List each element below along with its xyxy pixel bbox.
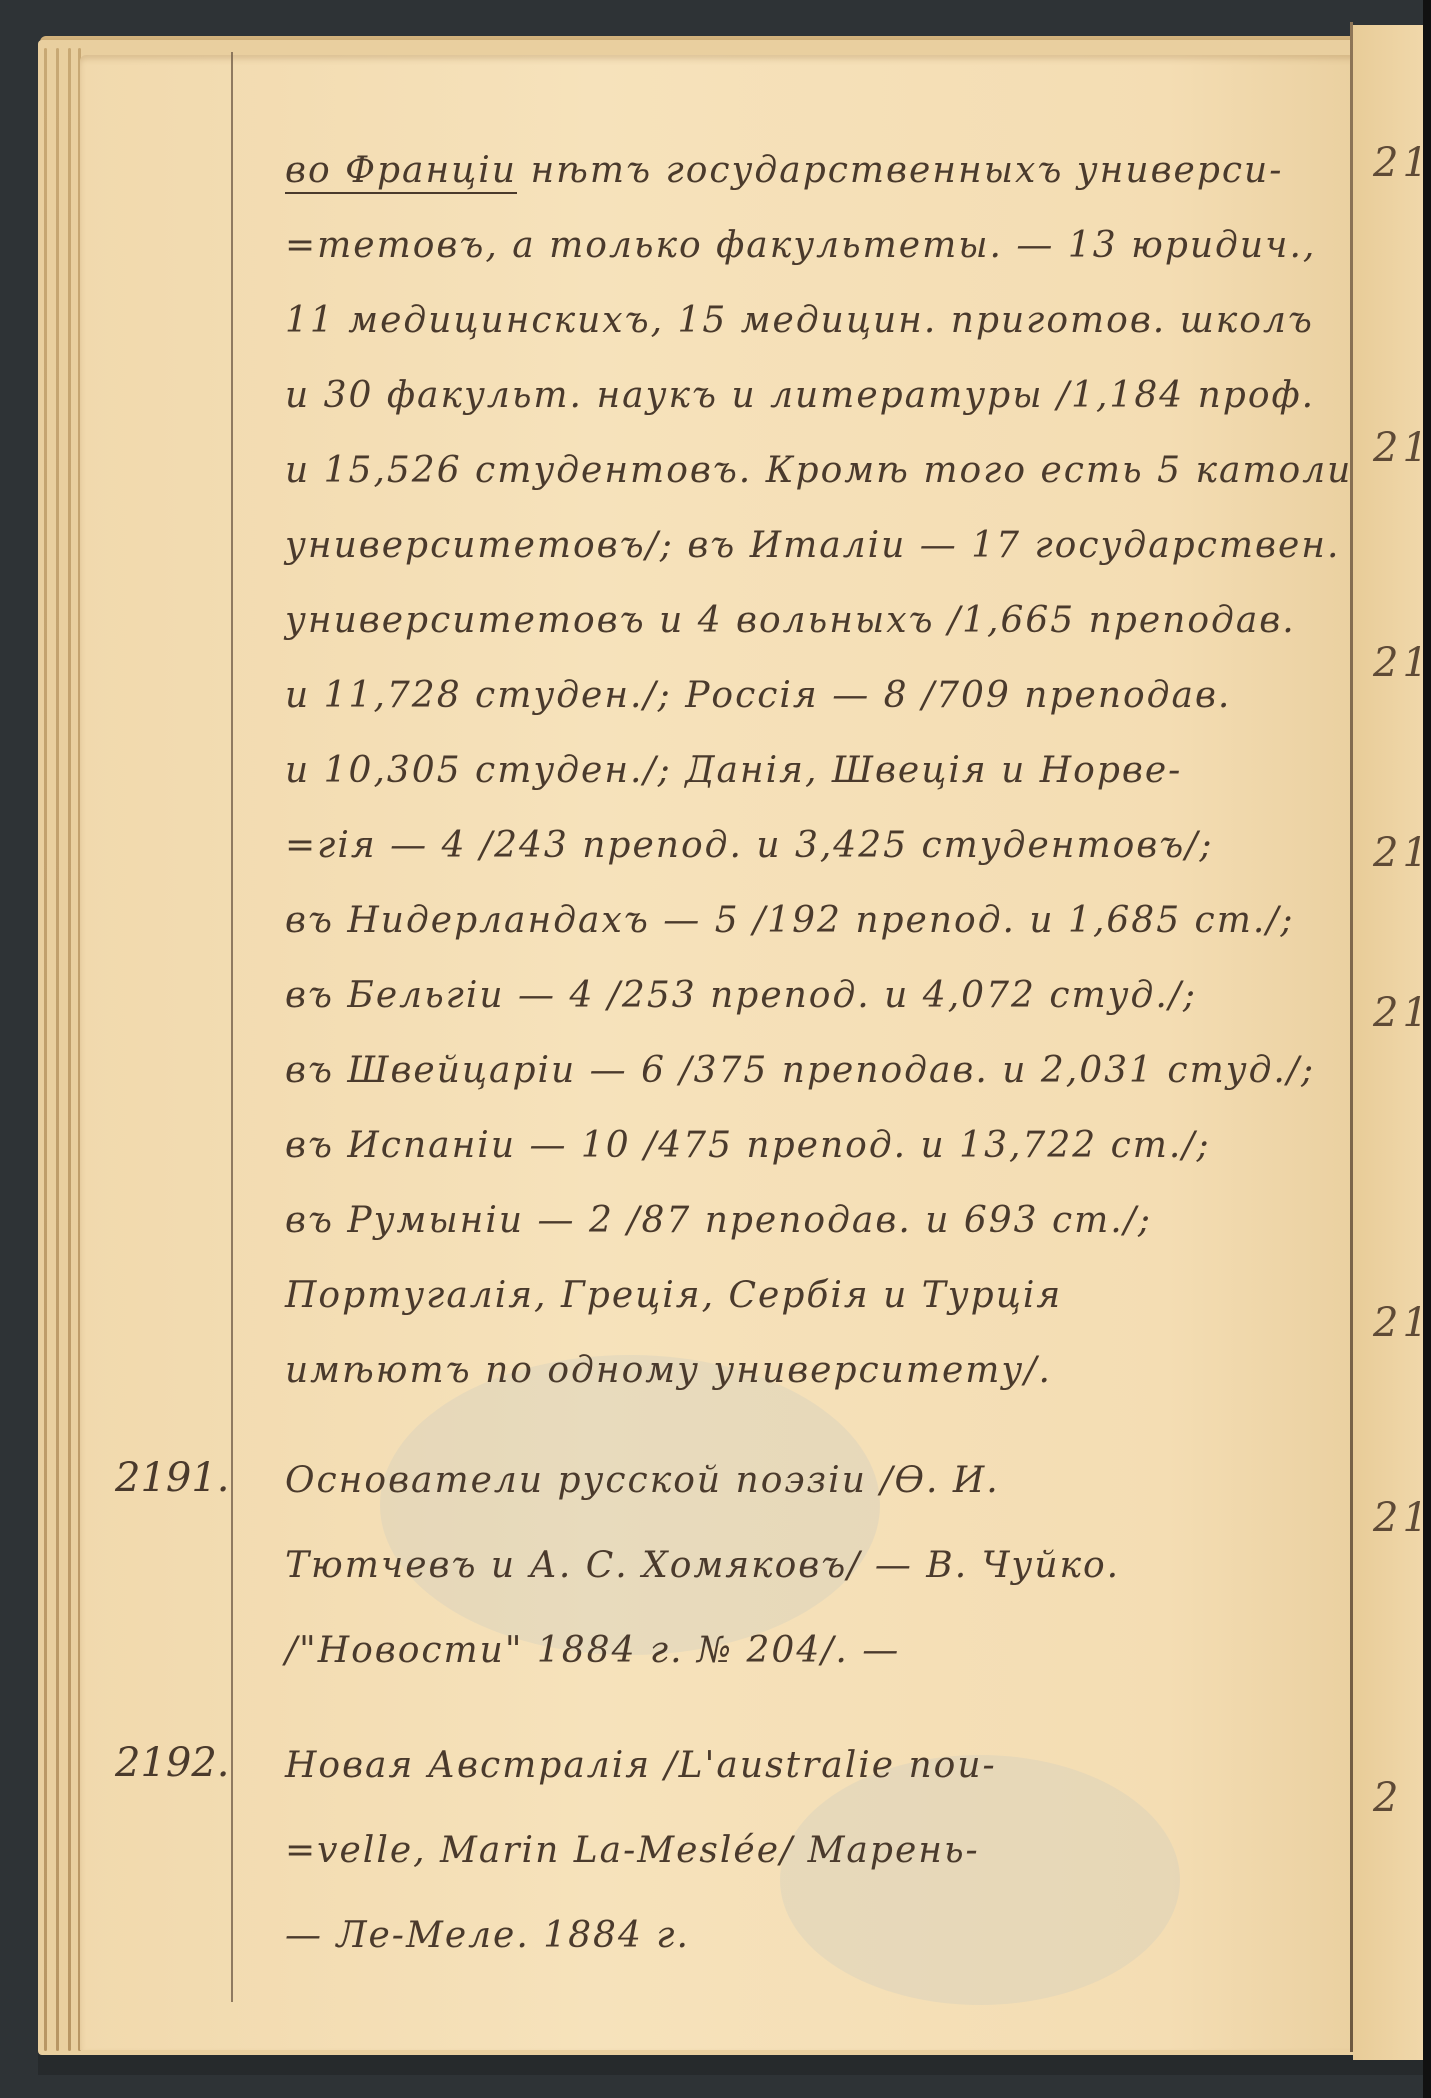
page-edge	[44, 48, 47, 2051]
entry-line: Тютчевъ и А. С. Хомяковъ/ — В. Чуйко.	[285, 1545, 1120, 1586]
text-line: въ Нидерландахъ — 5 /192 препод. и 1,685…	[285, 900, 1295, 941]
text-line: Португалія, Греція, Сербія и Турція	[285, 1275, 1062, 1316]
text-line: и 11,728 студен./; Россія — 8 /709 препо…	[285, 675, 1231, 716]
text-line: и 30 факульт. наукъ и литературы /1,184 …	[285, 375, 1315, 416]
text-line: въ Бельгіи — 4 /253 препод. и 4,072 студ…	[285, 975, 1197, 1016]
entry-line: /"Новости" 1884 г. № 204/. —	[285, 1630, 900, 1671]
text-line: въ Румыніи — 2 /87 преподав. и 693 ст./;	[285, 1200, 1152, 1241]
next-page-number: 2	[1373, 1775, 1402, 1821]
text-line: и 10,305 студен./; Данія, Швеція и Норве…	[285, 750, 1182, 791]
text-line: во Франціи нѣтъ государственныхъ универс…	[285, 150, 1283, 191]
ink-bleedthrough	[780, 1755, 1180, 2005]
text-line: университетовъ и 4 вольныхъ /1,665 препо…	[285, 600, 1296, 641]
text-line: =тетовъ, а только факультеты. — 13 юриди…	[285, 225, 1316, 266]
entry-number: 2192.	[115, 1740, 230, 1786]
entry-line: — Ле-Меле. 1884 г.	[285, 1915, 690, 1956]
text-line: въ Испаніи — 10 /475 препод. и 13,722 ст…	[285, 1125, 1211, 1166]
text-line: и 15,526 студентовъ. Кромѣ того есть 5 к…	[285, 450, 1390, 491]
binding-edge	[1423, 0, 1431, 2098]
page-edge	[68, 48, 71, 2051]
page-edge	[56, 48, 59, 2051]
entry-line: Основатели русской поэзіи /Ѳ. И.	[285, 1460, 1000, 1501]
next-page-edge: 21 219 219 21 219 21 21 2	[1353, 25, 1431, 2060]
margin-rule	[231, 52, 233, 2002]
entry-line: =velle, Marin La-Meslée/ Марень-	[285, 1830, 980, 1871]
ink-bleedthrough	[380, 1355, 880, 1655]
text-line: =гія — 4 /243 препод. и 3,425 студентовъ…	[285, 825, 1214, 866]
text-line: имѣютъ по одному университету/.	[285, 1350, 1052, 1391]
text-line: въ Швейцаріи — 6 /375 преподав. и 2,031 …	[285, 1050, 1315, 1091]
entry-line: Новая Австралія /L'australie nou-	[285, 1745, 997, 1786]
text-line: университетовъ/; въ Италіи — 17 государс…	[285, 525, 1340, 566]
text-line: 11 медицинскихъ, 15 медицин. приготов. ш…	[285, 300, 1314, 341]
underlined-word: во Франціи	[285, 150, 517, 191]
entry-number: 2191.	[115, 1455, 230, 1501]
text-fragment: нѣтъ государственныхъ универси-	[530, 150, 1283, 191]
